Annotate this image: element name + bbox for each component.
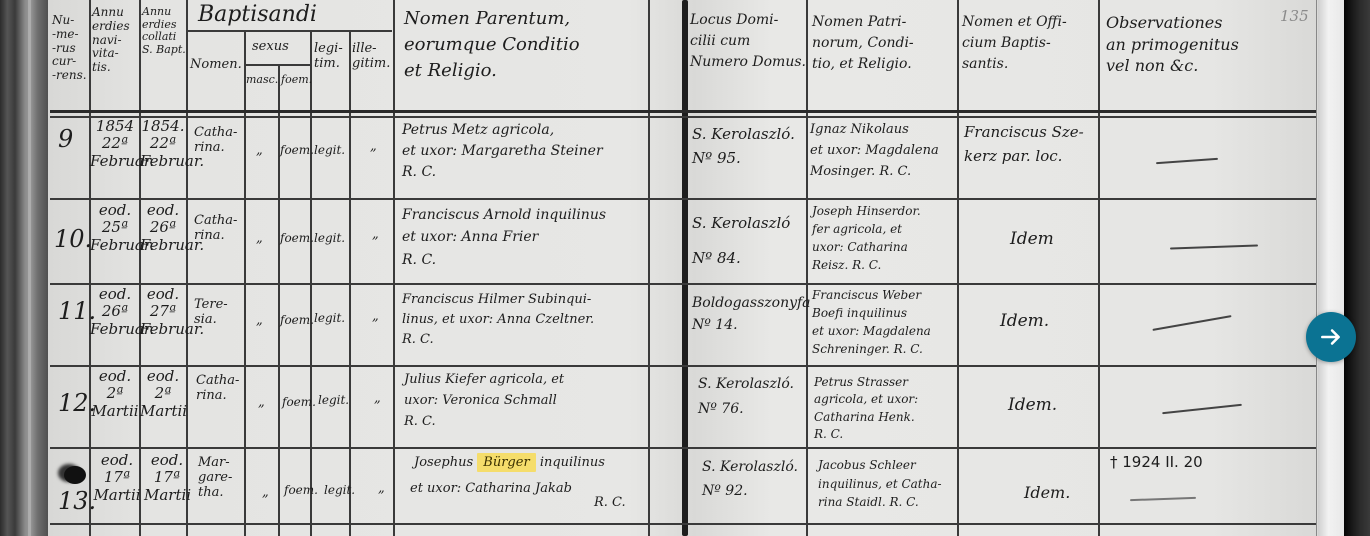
parents-line-3: R. C. [594, 496, 626, 511]
sex-masc: „ [256, 232, 263, 247]
sex-masc: „ [258, 396, 265, 411]
birth-date: eod. 25ª Februar. [90, 202, 140, 254]
child-name: Catha- rina. [196, 374, 239, 404]
header-sexus: sexus [252, 40, 289, 55]
header-locus: Locus Domi- cilii cum Numero Domus. [690, 10, 806, 73]
sex-masc: „ [256, 314, 263, 329]
parents: Julius Kiefer agricola, et uxor: Veronic… [404, 370, 564, 432]
death-annotation: † 1924 II. 20 [1110, 454, 1203, 471]
parents: Franciscus Arnold inquilinus et uxor: An… [402, 204, 606, 271]
header-nomen: Nomen. [190, 58, 242, 73]
scan-border [1344, 0, 1370, 536]
child-name: Tere- sia. [194, 298, 228, 328]
book-binding [0, 0, 50, 536]
child-name: Mar- gare- tha. [198, 456, 232, 501]
rule-line [957, 0, 959, 536]
birth-date: eod. 2ª Martii [90, 368, 140, 420]
header-officiantis: Nomen et Offi- cium Baptis- santis. [962, 12, 1067, 75]
baptism-date: 1854. 22ª Februar. [140, 118, 186, 170]
row-rule [50, 198, 1316, 200]
baptism-date: eod. 27ª Februar. [140, 286, 186, 338]
header-foem: foem. [281, 74, 312, 87]
header-numerus: Nu- -me- -rus cur- -rens. [52, 14, 88, 83]
rule-line [244, 64, 310, 66]
rule-line [278, 66, 280, 536]
officiant: Idem. [1024, 484, 1070, 502]
search-highlight[interactable]: Bürger [477, 453, 535, 472]
header-baptisandi: Baptisandi [198, 2, 317, 27]
legitimate: legit. [314, 312, 345, 326]
domicile: S. Kerolaszló Nº 84. [692, 206, 790, 275]
domicile: S. Kerolaszló. Nº 76. [698, 372, 794, 422]
legitimate: legit. [318, 394, 349, 408]
row-rule [50, 283, 1316, 285]
birth-date: eod. 17ª Martii [90, 452, 144, 504]
header-patrinorum: Nomen Patri- norum, Condi- tio, et Relig… [812, 12, 914, 75]
godparents: Joseph Hinserdor. fer agricola, et uxor:… [812, 202, 921, 274]
rule-line [1316, 0, 1317, 536]
page-edge [1318, 0, 1344, 536]
child-name: Catha- rina. [194, 214, 237, 244]
ink-blot [64, 466, 86, 484]
baptism-date: eod. 17ª Martii [144, 452, 190, 504]
header-annus-nativitatis: Annu erdies navi- vita- tis. [92, 6, 138, 75]
godparents: Ignaz Nikolaus et uxor: Magdalena Mosing… [810, 120, 939, 182]
parents-father-given-name: Josephus [414, 455, 473, 470]
legitimate: legit. [324, 484, 355, 498]
godparents: Petrus Strasser agricola, et uxor: Catha… [814, 374, 918, 444]
godparents: Franciscus Weber Boefi inquilinus et uxo… [812, 286, 931, 358]
sex-foem: foem. [280, 314, 314, 328]
illegitimate: „ [370, 140, 377, 155]
sex-foem: foem. [284, 484, 318, 498]
header-observationes: Observationes an primogenitus vel non &c… [1106, 12, 1239, 77]
parents: Franciscus Hilmer Subinqui- linus, et ux… [402, 290, 594, 350]
sex-masc: „ [256, 144, 263, 159]
parents-father-condition: inquilinus [540, 455, 605, 470]
arrow-right-icon [1318, 324, 1344, 350]
officiant: Idem [1010, 230, 1054, 250]
illegitimate: „ [378, 482, 385, 497]
domicile: S. Kerolaszló. Nº 95. [692, 122, 795, 170]
illegitimate: „ [372, 228, 379, 243]
header-illegitim: ille- gitim. [352, 42, 390, 72]
officiant: Franciscus Sze- kerz par. loc. [964, 120, 1084, 168]
baptism-date: eod. 2ª Martii [140, 368, 186, 420]
officiant: Idem. [1008, 396, 1057, 416]
godparents: Jacobus Schleer inquilinus, et Catha- ri… [818, 456, 942, 512]
next-image-button[interactable] [1306, 312, 1356, 362]
parents-line-2: et uxor: Catharina Jakab [410, 482, 572, 497]
row-rule [50, 523, 1316, 525]
child-name: Catha- rina. [194, 126, 237, 156]
sex-foem: foem. [280, 232, 314, 246]
birth-date: 1854 22ª Februar. [90, 118, 140, 170]
header-masc: masc. [246, 74, 278, 87]
row-rule [50, 447, 1316, 449]
parents: Petrus Metz agricola, et uxor: Margareth… [402, 120, 603, 183]
entry-number: 9 [58, 126, 73, 154]
header-rule [50, 110, 1316, 113]
row-rule [50, 365, 1316, 367]
domicile: S. Kerolaszló. Nº 92. [702, 456, 798, 504]
sex-masc: „ [262, 486, 269, 501]
legitimate: legit. [314, 144, 345, 158]
page-number: 135 [1280, 8, 1309, 25]
officiant: Idem. [1000, 312, 1049, 332]
rule-line [1098, 0, 1100, 536]
rule-line [648, 0, 650, 536]
domicile: Boldogasszonyfa Nº 14. [692, 292, 811, 337]
rule-line [186, 30, 392, 32]
rule-line [806, 0, 808, 536]
entry-number: 10. [54, 226, 92, 254]
baptism-date: eod. 26ª Februar. [140, 202, 186, 254]
header-rule [50, 116, 1316, 118]
rule-line [393, 0, 395, 536]
header-parentum: Nomen Parentum, eorumque Conditio et Rel… [404, 6, 580, 84]
legitimate: legit. [314, 232, 345, 246]
parents-line-1: Josephus Bürger inquilinus [414, 456, 605, 471]
illegitimate: „ [372, 310, 379, 325]
sex-foem: foem. [280, 144, 314, 158]
sex-foem: foem. [282, 396, 316, 410]
header-annus-collati: Annu erdies collati S. Bapt. [142, 6, 186, 57]
illegitimate: „ [374, 392, 381, 407]
page-gutter [682, 0, 688, 536]
image-viewer: Nu- -me- -rus cur- -rens. Annu erdies na… [0, 0, 1370, 536]
header-legitim: legi- tim. [314, 42, 343, 72]
birth-date: eod. 26ª Februar. [90, 286, 140, 338]
